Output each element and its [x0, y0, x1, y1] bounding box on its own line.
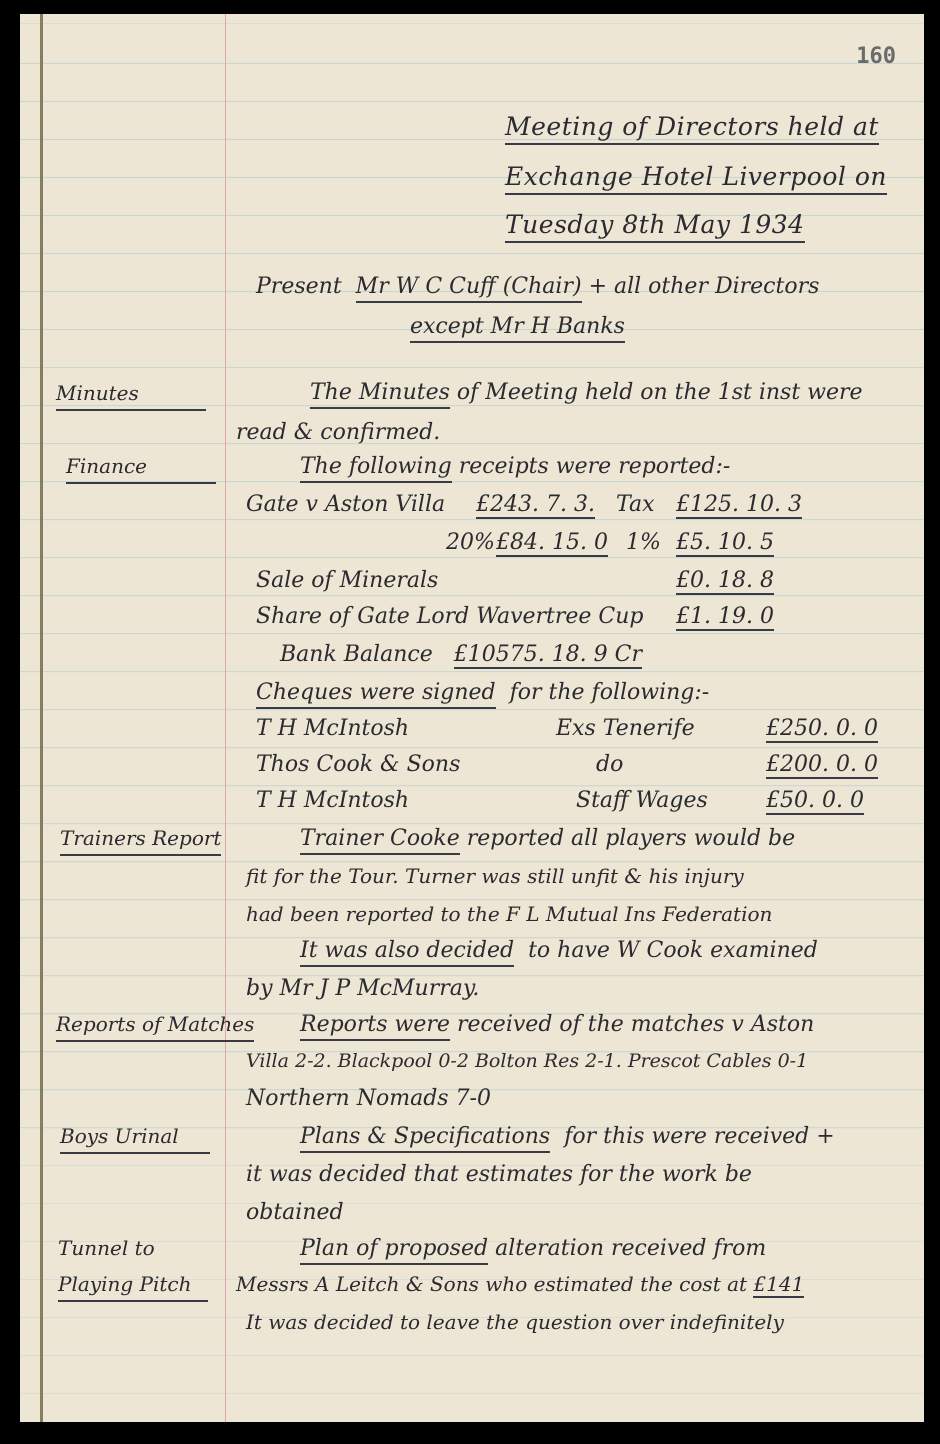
present-line-1: Present Mr W C Cuff (Chair) + all other …: [256, 274, 819, 299]
urinal-line-2: it was decided that estimates for the wo…: [246, 1162, 752, 1187]
minutes-line-2: read & confirmed.: [236, 420, 440, 445]
receipt-row: Sale of Minerals £0. 18. 8: [256, 568, 876, 593]
margin-label-finance: Finance: [66, 454, 216, 484]
receipt-row: Gate v Aston Villa £243. 7. 3. Tax £125.…: [246, 492, 445, 517]
matches-line-1: Reports were received of the matches v A…: [300, 1012, 814, 1037]
tunnel-line-3: It was decided to leave the question ove…: [246, 1310, 784, 1334]
cheques-intro: Cheques were signed for the following:-: [256, 680, 709, 705]
cheque-row: T H McIntosh Exs Tenerife £250. 0. 0: [256, 716, 906, 741]
heading-line-2: Exchange Hotel Liverpool on: [505, 162, 887, 191]
margin-rule: [225, 14, 226, 1422]
minutes-line-1: The Minutes of Meeting held on the 1st i…: [310, 380, 863, 405]
urinal-line-3: obtained: [246, 1200, 344, 1225]
margin-label-minutes: Minutes: [56, 381, 206, 411]
cheque-row: Thos Cook & Sons do £200. 0. 0: [256, 752, 906, 777]
present-line-2: except Mr H Banks: [410, 314, 625, 339]
tunnel-line-1: Plan of proposed alteration received fro…: [300, 1236, 766, 1261]
margin-label-boys-urinal: Boys Urinal: [60, 1124, 210, 1154]
margin-label-tunnel-line-2: Playing Pitch: [58, 1272, 208, 1302]
matches-line-2: Villa 2-2. Blackpool 0-2 Bolton Res 2-1.…: [246, 1050, 808, 1072]
page-number: 160: [856, 44, 896, 69]
binding-line: [40, 14, 43, 1422]
trainers-line-4: It was also decided to have W Cook exami…: [300, 938, 818, 963]
trainers-line-2: fit for the Tour. Turner was still unfit…: [246, 864, 744, 888]
matches-line-3: Northern Nomads 7-0: [246, 1086, 491, 1111]
trainers-line-5: by Mr J P McMurray.: [246, 976, 479, 1001]
finance-intro: The following receipts were reported:-: [300, 454, 730, 479]
trainers-line-1: Trainer Cooke reported all players would…: [300, 826, 795, 851]
urinal-line-1: Plans & Specifications for this were rec…: [300, 1124, 835, 1149]
bank-balance: Bank Balance £10575. 18. 9 Cr: [280, 642, 642, 667]
heading-line-1: Meeting of Directors held at: [505, 112, 879, 141]
heading-line-3: Tuesday 8th May 1934: [505, 210, 805, 239]
trainers-line-3: had been reported to the F L Mutual Ins …: [246, 902, 772, 926]
tunnel-line-2: Messrs A Leitch & Sons who estimated the…: [236, 1272, 804, 1296]
margin-label-tunnel-line-1: Tunnel to: [58, 1236, 155, 1260]
ledger-page: 160 Meeting of Directors held at Exchang…: [20, 14, 924, 1422]
margin-label-reports-of-matches: Reports of Matches: [56, 1012, 254, 1042]
margin-label-trainers-report: Trainers Report: [60, 826, 221, 856]
receipt-row: Share of Gate Lord Wavertree Cup £1. 19.…: [256, 604, 876, 629]
cheque-row: T H McIntosh Staff Wages £50. 0. 0: [256, 788, 906, 813]
